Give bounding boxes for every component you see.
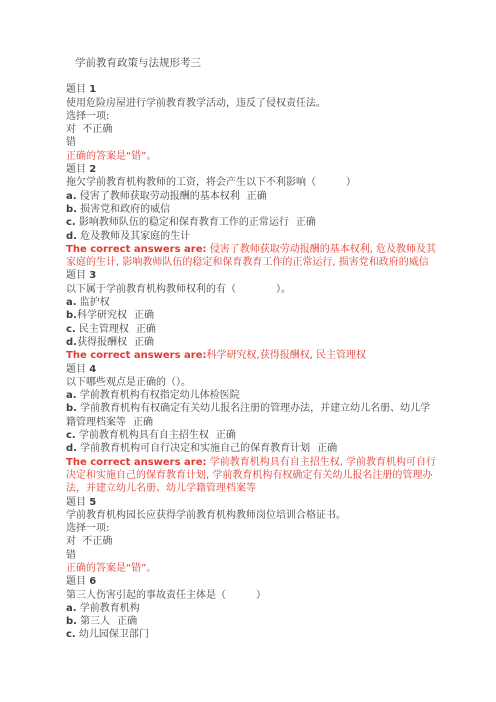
- option-text: 影响教师队伍的稳定和保育教育工作的正常运行: [76, 217, 289, 228]
- answer-line: 正确的答案是“错”。: [66, 150, 440, 163]
- option-letter: c.: [66, 629, 76, 640]
- option-row: b. 损害党和政府的威信: [66, 203, 440, 216]
- option-text: 民主管理权: [76, 324, 129, 335]
- option-letter: a.: [66, 191, 77, 202]
- question-block-5: 题目 5 学前教育机构园长应获得学前教育机构教师岗位培训合格证书。 选择一项: …: [66, 496, 440, 576]
- question-number: 5: [89, 497, 96, 508]
- question-stem: 以下属于学前教育机构教师权利的有（ ）。: [66, 283, 440, 296]
- question-label: 题目 6: [66, 575, 440, 588]
- option-text: 学前教育机构有权确定有关幼儿报名注册的管理办法，并建立幼儿名册、幼儿学籍管理档案…: [66, 403, 430, 427]
- option-text: 科学研究权: [77, 310, 127, 321]
- choice-prompt: 选择一项:: [66, 110, 440, 123]
- question-stem: 第三人伤害引起的事故责任主体是（ ）: [66, 589, 440, 602]
- correct-mark: 正确: [296, 217, 316, 228]
- answer-prefix: The correct answers are:: [66, 457, 207, 468]
- question-label: 题目 1: [66, 83, 440, 96]
- option-letter: c.: [66, 324, 76, 335]
- option-row: a. 侵害了教师获取劳动报酬的基本权利正确: [66, 190, 440, 203]
- option-row: c. 影响教师队伍的稳定和保育教育工作的正常运行正确: [66, 216, 440, 229]
- tf-option-false: 错: [66, 549, 440, 562]
- question-label: 题目 3: [66, 269, 440, 282]
- answer-line: The correct answers are: 侵害了教师获取劳动报酬的基本权…: [66, 243, 440, 270]
- question-number: 4: [89, 364, 96, 375]
- tf-option-true: 对 不正确: [66, 535, 440, 548]
- question-number: 2: [89, 164, 96, 175]
- question-block-1: 题目 1 使用危险房屋进行学前教育教学活动，违反了侵权责任法。 选择一项: 对 …: [66, 83, 440, 163]
- question-label: 题目 5: [66, 496, 440, 509]
- option-text: 学前教育机构具有自主招生权: [76, 430, 209, 441]
- correct-mark: 正确: [136, 324, 156, 335]
- question-label: 题目 2: [66, 163, 440, 176]
- question-label-text: 题目: [66, 164, 86, 175]
- question-label: 题目 4: [66, 363, 440, 376]
- option-row: d. 学前教育机构可自行决定和实施自己的保育教育计划正确: [66, 442, 440, 455]
- correct-mark: 正确: [117, 616, 137, 627]
- answer-text: 科学研究权,获得报酬权, 民主管理权: [207, 350, 367, 361]
- choice-prompt: 选择一项:: [66, 522, 440, 535]
- option-text: 学前教育机构: [77, 603, 140, 614]
- answer-line: The correct answers are:科学研究权,获得报酬权, 民主管…: [66, 349, 440, 362]
- document-page: 学前教育政策与法规形考三 题目 1 使用危险房屋进行学前教育教学活动，违反了侵权…: [66, 57, 440, 642]
- question-stem: 拖欠学前教育机构教师的工资，将会产生以下不利影响（ ）: [66, 176, 440, 189]
- option-text: 损害党和政府的威信: [77, 204, 170, 215]
- question-number: 6: [89, 576, 96, 587]
- question-block-4: 题目 4 以下哪些观点是正确的（）。 a. 学前教育机构有权指定幼儿体检医院 b…: [66, 363, 440, 496]
- answer-line: 正确的答案是“错”。: [66, 562, 440, 575]
- option-letter: c.: [66, 217, 76, 228]
- question-label-text: 题目: [66, 270, 86, 281]
- option-row: d.获得报酬权正确: [66, 336, 440, 349]
- tf-option-true: 对 不正确: [66, 123, 440, 136]
- correct-mark: 正确: [133, 417, 153, 428]
- option-letter: d.: [66, 231, 77, 242]
- option-text: 学前教育机构有权指定幼儿体检医院: [77, 390, 240, 401]
- option-row: b. 学前教育机构有权确定有关幼儿报名注册的管理办法，并建立幼儿名册、幼儿学籍管…: [66, 402, 440, 429]
- option-row: a. 学前教育机构有权指定幼儿体检医院: [66, 389, 440, 402]
- question-number: 3: [89, 270, 96, 281]
- question-label-text: 题目: [66, 497, 86, 508]
- option-letter: d.: [66, 337, 77, 348]
- option-row: d. 危及教师及其家庭的生计: [66, 230, 440, 243]
- option-row: b. 第三人正确: [66, 615, 440, 628]
- option-letter: b.: [66, 204, 77, 215]
- option-text: 第三人: [77, 616, 110, 627]
- correct-mark: 正确: [134, 337, 154, 348]
- option-row: c. 学前教育机构具有自主招生权正确: [66, 429, 440, 442]
- option-letter: a.: [66, 390, 77, 401]
- option-letter: c.: [66, 430, 76, 441]
- document-title: 学前教育政策与法规形考三: [66, 57, 440, 70]
- option-letter: b.: [66, 403, 77, 414]
- option-text: 获得报酬权: [77, 337, 127, 348]
- option-letter: d.: [66, 443, 77, 454]
- answer-line: The correct answers are: 学前教育机构具有自主招生权, …: [66, 456, 440, 496]
- question-stem: 以下哪些观点是正确的（）。: [66, 376, 440, 389]
- correct-mark: 正确: [216, 430, 236, 441]
- question-block-3: 题目 3 以下属于学前教育机构教师权利的有（ ）。 a. 监护权 b.科学研究权…: [66, 269, 440, 362]
- option-text: 危及教师及其家庭的生计: [77, 231, 190, 242]
- option-text: 侵害了教师获取劳动报酬的基本权利: [77, 191, 240, 202]
- question-block-6: 题目 6 第三人伤害引起的事故责任主体是（ ） a. 学前教育机构 b. 第三人…: [66, 575, 440, 641]
- question-label-text: 题目: [66, 364, 86, 375]
- correct-mark: 正确: [134, 310, 154, 321]
- question-stem: 使用危险房屋进行学前教育教学活动，违反了侵权责任法。: [66, 97, 440, 110]
- option-row: c. 民主管理权正确: [66, 323, 440, 336]
- option-letter: a.: [66, 603, 77, 614]
- tf-option-false: 错: [66, 136, 440, 149]
- answer-prefix: The correct answers are:: [66, 350, 207, 361]
- answer-prefix: The correct answers are:: [66, 244, 207, 255]
- option-row: a. 学前教育机构: [66, 602, 440, 615]
- question-label-text: 题目: [66, 576, 86, 587]
- correct-mark: 正确: [247, 191, 267, 202]
- question-number: 1: [89, 84, 96, 95]
- option-text: 监护权: [77, 297, 110, 308]
- option-row: b.科学研究权正确: [66, 309, 440, 322]
- option-letter: a.: [66, 297, 77, 308]
- question-label-text: 题目: [66, 84, 86, 95]
- option-text: 幼儿园保卫部门: [76, 629, 149, 640]
- question-block-2: 题目 2 拖欠学前教育机构教师的工资，将会产生以下不利影响（ ） a. 侵害了教…: [66, 163, 440, 269]
- question-stem: 学前教育机构园长应获得学前教育机构教师岗位培训合格证书。: [66, 509, 440, 522]
- option-text: 学前教育机构可自行决定和实施自己的保育教育计划: [77, 443, 310, 454]
- option-letter: b.: [66, 310, 77, 321]
- option-row: c. 幼儿园保卫部门: [66, 628, 440, 641]
- option-letter: b.: [66, 616, 77, 627]
- correct-mark: 正确: [317, 443, 337, 454]
- option-row: a. 监护权: [66, 296, 440, 309]
